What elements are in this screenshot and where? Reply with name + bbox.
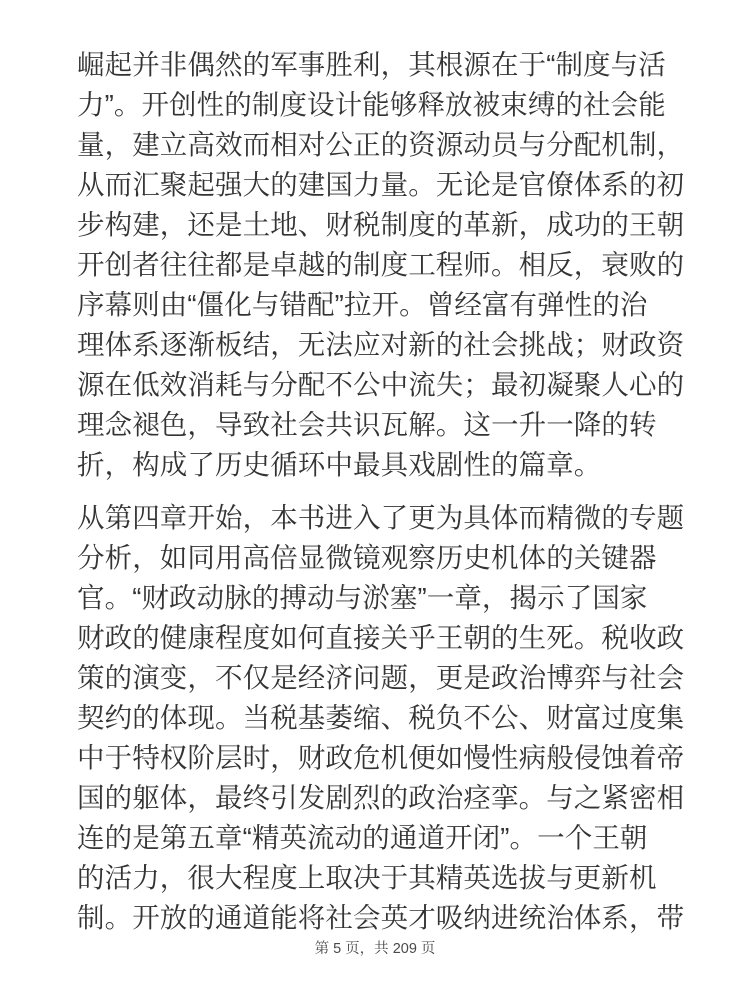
document-page: 崛起并非偶然的军事胜利，其根源在于“制度与活 力”。开创性的制度设计能够释放被束… [0,0,750,1000]
text-line: 理体系逐渐板结，无法应对新的社会挑战；财政资 [77,325,717,365]
text-line: 契约的体现。当税基萎缩、税负不公、财富过度集 [77,698,717,738]
text-line: 中于特权阶层时，财政危机便如慢性病般侵蚀着帝 [77,738,717,778]
text-line: 量，建立高效而相对公正的资源动员与分配机制， [77,125,717,165]
text-line: 制。开放的通道能将社会英才吸纳进统治体系，带 [77,898,717,938]
text-line: 源在低效消耗与分配不公中流失；最初凝聚人心的 [77,365,717,405]
text-line: 策的演变，不仅是经济问题，更是政治博弈与社会 [77,658,717,698]
paragraph-1: 崛起并非偶然的军事胜利，其根源在于“制度与活 力”。开创性的制度设计能够释放被束… [77,45,717,485]
text-line: 步构建，还是土地、财税制度的革新，成功的王朝 [77,205,717,245]
text-line: 连的是第五章“精英流动的通道开闭”。一个王朝 [77,818,717,858]
text-line: 力”。开创性的制度设计能够释放被束缚的社会能 [77,85,717,125]
text-line: 官。“财政动脉的搏动与淤塞”一章，揭示了国家 [77,578,717,618]
text-line: 财政的健康程度如何直接关乎王朝的生死。税收政 [77,618,717,658]
document-text-block: 崛起并非偶然的军事胜利，其根源在于“制度与活 力”。开创性的制度设计能够释放被束… [77,45,717,951]
text-line: 的活力，很大程度上取决于其精英选拔与更新机 [77,858,717,898]
text-line: 折，构成了历史循环中最具戏剧性的篇章。 [77,445,717,485]
page-number-indicator: 第 5 页，共 209 页 [0,938,750,960]
text-line: 理念褪色，导致社会共识瓦解。这一升一降的转 [77,405,717,445]
text-line: 开创者往往都是卓越的制度工程师。相反，衰败的 [77,245,717,285]
text-line: 从第四章开始，本书进入了更为具体而精微的专题 [77,498,717,538]
text-line: 分析，如同用高倍显微镜观察历史机体的关键器 [77,538,717,578]
paragraph-2: 从第四章开始，本书进入了更为具体而精微的专题 分析，如同用高倍显微镜观察历史机体… [77,498,717,938]
text-line: 序幕则由“僵化与错配”拉开。曾经富有弹性的治 [77,285,717,325]
text-line: 从而汇聚起强大的建国力量。无论是官僚体系的初 [77,165,717,205]
text-line: 崛起并非偶然的军事胜利，其根源在于“制度与活 [77,45,717,85]
text-line: 国的躯体，最终引发剧烈的政治痉挛。与之紧密相 [77,778,717,818]
